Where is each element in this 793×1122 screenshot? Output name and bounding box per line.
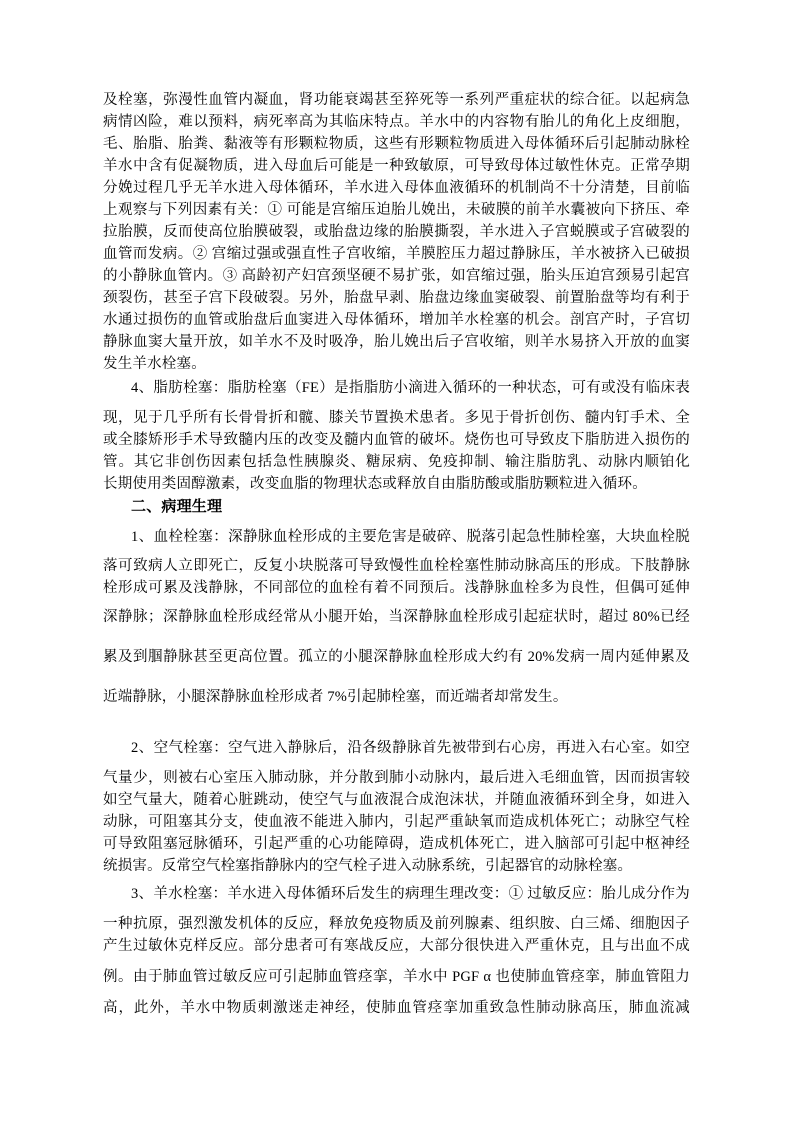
text-line: 及栓塞，弥漫性血管内凝血，肾功能衰竭甚至猝死等一系列严重症状的综合征。以起病急骤… [103, 89, 690, 111]
paragraph: 1、血栓栓塞：深静脉血栓形成的主要危害是破碎、脱落引起急性肺栓塞，大块血栓脱落可… [103, 526, 690, 708]
text-line: 长期使用类固醇激素，改变血脂的物理状态或释放自由脂肪酸或脂肪颗粒进入循环。 [103, 473, 690, 495]
text-line: 发生羊水栓塞。 [103, 353, 690, 375]
text-line: 拉胎膜，反而使高位胎膜破裂，或胎盘边缘的胎膜撕裂，羊水进入子宫蜕膜或子宫破裂的小 [103, 221, 690, 243]
text-line: 的小静脉血管内。③ 高龄初产妇宫颈坚硬不易扩张，如宫缩过强，胎头压迫宫颈易引起宫 [103, 265, 690, 287]
paragraph: 及栓塞，弥漫性血管内凝血，肾功能衰竭甚至猝死等一系列严重症状的综合征。以起病急骤… [103, 89, 690, 375]
text-line: 统损害。反常空气栓塞指静脉内的空气栓子进入动脉系统，引起器官的动脉栓塞。 [103, 855, 690, 877]
text-line: 产生过敏休克样反应。部分患者可有寒战反应，大部分很快进入严重休克，且与出血不成比 [103, 935, 690, 957]
text-line: 近端静脉，小腿深静脉血栓形成者 7%引起肺栓塞，而近端者却常发生。 [103, 686, 690, 708]
text-line: 累及到腘静脉甚至更高位置。孤立的小腿深静脉血栓形成大约有 20%发病一周内延伸累… [103, 646, 690, 668]
text-line: 或全膝矫形手术导致髓内压的改变及髓内血管的破坏。烧伤也可导致皮下脂肪进入损伤的血 [103, 429, 690, 451]
text-line: 可导致阻塞冠脉循环，引起严重的心功能障碍，造成机体死亡，进入脑部可引起中枢神经系 [103, 833, 690, 855]
text-line: 血管而发病。② 宫缩过强或强直性子宫收缩，羊膜腔压力超过静脉压，羊水被挤入已破损 [103, 243, 690, 265]
paragraph: 3、羊水栓塞：羊水进入母体循环后发生的病理生理改变：① 过敏反应：胎儿成分作为一… [103, 883, 690, 1019]
text-line: 4、脂肪栓塞：脂肪栓塞（FE）是指脂肪小滴进入循环的一种状态，可有或没有临床表 [103, 377, 690, 399]
text-line: 管。其它非创伤因素包括急性胰腺炎、糖尿病、免疫抑制、输注脂肪乳、动脉内顺铂化疗、 [103, 451, 690, 473]
text-line: 静脉血窦大量开放，如羊水不及时吸净，胎儿娩出后子宫收缩，则羊水易挤入开放的血窦而 [103, 331, 690, 353]
text-line: 颈裂伤，甚至子宫下段破裂。另外，胎盘早剥、胎盘边缘血窦破裂、前置胎盘等均有利于羊 [103, 287, 690, 309]
text-line: 毛、胎脂、胎粪、黏液等有形颗粒物质，这些有形颗粒物质进入母体循环后引起肺动脉栓塞… [103, 133, 690, 155]
text-line: 2、空气栓塞：空气进入静脉后，沿各级静脉首先被带到右心房，再进入右心室。如空 [103, 737, 690, 759]
text-line: 上观察与下列因素有关：① 可能是宫缩压迫胎儿娩出，未破膜的前羊水囊被向下挤压、牵 [103, 199, 690, 221]
text-line: 一种抗原，强烈激发机体的反应，释放免疫物质及前列腺素、组织胺、白三烯、细胞因子等… [103, 913, 690, 935]
text-line: 例。由于肺血管过敏反应可引起肺血管痉挛，羊水中 PGF α 也使肺血管痉挛，肺血… [103, 966, 690, 988]
text-line: 1、血栓栓塞：深静脉血栓形成的主要危害是破碎、脱落引起急性肺栓塞，大块血栓脱 [103, 526, 690, 548]
text-line: 深静脉；深静脉血栓形成经常从小腿开始，当深静脉血栓形成引起症状时，超过 80%已… [103, 606, 690, 628]
text-line: 高，此外，羊水中物质刺激迷走神经，使肺血管痉挛加重致急性肺动脉高压，肺血流减少， [103, 997, 690, 1019]
paragraph: 4、脂肪栓塞：脂肪栓塞（FE）是指脂肪小滴进入循环的一种状态，可有或没有临床表现… [103, 377, 690, 495]
text-line: 如空气量大，随着心脏跳动，使空气与血液混合成泡沫状，并随血液循环到全身，如进入肺 [103, 789, 690, 811]
document-page: 及栓塞，弥漫性血管内凝血，肾功能衰竭甚至猝死等一系列严重症状的综合征。以起病急骤… [0, 0, 793, 1122]
heading-text: 二、病理生理 [103, 496, 690, 518]
text-line: 气量少，则被右心室压入肺动脉，并分散到肺小动脉内，最后进入毛细血管，因而损害较小… [103, 767, 690, 789]
text-line: 栓形成可累及浅静脉，不同部位的血栓有着不同预后。浅静脉血栓多为良性，但偶可延伸至 [103, 577, 690, 599]
text-line: 病情凶险，难以预料，病死率高为其临床特点。羊水中的内容物有胎儿的角化上皮细胞，毳 [103, 111, 690, 133]
text-line: 落可致病人立即死亡，反复小块脱落可导致慢性血栓栓塞性肺动脉高压的形成。下肢静脉血 [103, 555, 690, 577]
section-heading: 二、病理生理 [103, 496, 690, 518]
text-line: 分娩过程几乎无羊水进入母体循环，羊水进入母体血液循环的机制尚不十分清楚，目前临床 [103, 177, 690, 199]
text-line: 3、羊水栓塞：羊水进入母体循环后发生的病理生理改变：① 过敏反应：胎儿成分作为 [103, 883, 690, 905]
text-line: 现，见于几乎所有长骨骨折和髋、膝关节置换术患者。多见于骨折创伤、髓内钉手术、全髋 [103, 407, 690, 429]
text-line: 水通过损伤的血管或胎盘后血窦进入母体循环，增加羊水栓塞的机会。剖宫产时，子宫切口 [103, 309, 690, 331]
text-line: 羊水中含有促凝物质，进入母血后可能是一种致敏原，可导致母体过敏性休克。正常孕期及 [103, 155, 690, 177]
text-line: 动脉，可阻塞其分支，使血液不能进入肺内，引起严重缺氧而造成机体死亡；动脉空气栓塞 [103, 811, 690, 833]
paragraph: 2、空气栓塞：空气进入静脉后，沿各级静脉首先被带到右心房，再进入右心室。如空气量… [103, 737, 690, 877]
